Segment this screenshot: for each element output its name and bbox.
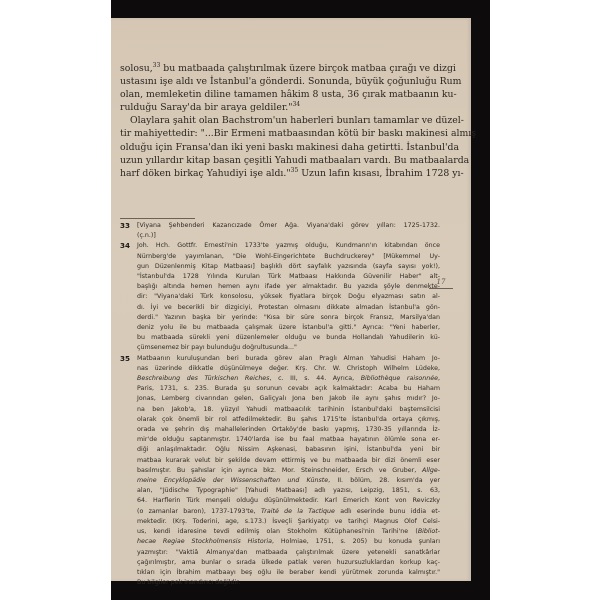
- footnote-line: Paris, 1731, s. 235. Burada şu sorunun c…: [137, 384, 440, 394]
- footnote-line: Matbaanın kuruluşundan beri burada görev…: [137, 354, 440, 364]
- footnote-line: olarak çok önemli bir rol atfedilmektedi…: [137, 415, 440, 425]
- footnote-line: Joh. Hch. Gottfr. Ernesti'nin 1733'te ya…: [137, 241, 440, 251]
- body-text-line: ustasını işe aldı ve İstanbul'a gönderdi…: [120, 75, 438, 88]
- footnote-line: alan, "Jüdische Typographie" [Yahudi Mat…: [137, 486, 440, 496]
- footnote-line: Beschreibung des Türkischen Reiches, c. …: [137, 374, 440, 384]
- footnote-35: 35Matbaanın kuruluşundan beri burada gör…: [120, 354, 440, 589]
- footnote-line: gun Düzenlenmiş Kitap Matbaası] başlıklı…: [137, 262, 440, 272]
- footnote-line: matbaa kurarak velut bir şekilde devam e…: [137, 456, 440, 466]
- footnote-34: 34Joh. Hch. Gottfr. Ernesti'nin 1733'te …: [120, 241, 440, 353]
- body-text-line: Olaylara şahit olan Bachstrom'un haberle…: [120, 114, 438, 127]
- body-text-line: tir mahiyettedir: "...Bir Ermeni matbaas…: [120, 127, 438, 140]
- footnote-line: orada ve şehrin dış mahallelerinden Orta…: [137, 425, 440, 435]
- footnote-line: deniz yolu ile bu matbaada çalışmak üzer…: [137, 323, 440, 333]
- italic-title: Bibliothèque raisonnée: [361, 375, 438, 382]
- footnote-line: derdi." Yazının başka bir yerinde: "Kısa…: [137, 313, 440, 323]
- body-text-line: olduğu için Fransa'dan iki yeni baskı ma…: [120, 141, 438, 154]
- footnote-line: (ç.n.)]: [137, 231, 440, 241]
- footnote-line: Nürnberg'de yayımlanan, "Die Wohl-Einger…: [137, 252, 440, 262]
- page-number: 17: [429, 278, 453, 289]
- footnote-line: yazmıştır: "Vaktiâ Almanya'dan matbaada …: [137, 548, 440, 558]
- footnote-number: 33: [120, 221, 130, 231]
- footnote-number: 34: [120, 241, 130, 251]
- body-text-line: harf döken birkaç Yahudiyi işe aldı."35 …: [120, 167, 438, 180]
- footnote-line: bu matbaada sürekli yeni düzenlemeler ol…: [137, 333, 440, 343]
- footnote-reference: 33: [153, 62, 161, 69]
- footnote-line: us, kendi idaresine tevdi edilmiş olan S…: [137, 527, 440, 537]
- italic-title: Beschreibung des Türkischen Reiches: [137, 375, 269, 382]
- body-text-line: rulduğu Saray'da bir araya geldiler."34: [120, 101, 438, 114]
- footnote-line: "İstanbul'da 1728 Yılında Kurulan Türk M…: [137, 272, 440, 282]
- footnote-line: (o zamanlar baron), 1737-1793'te, Traité…: [137, 507, 440, 517]
- footnote-line: meine Encyklopädie der Wissenschaften un…: [137, 476, 440, 486]
- footnote-line: Jonas, Lemberg civarından gelen, Galiçya…: [137, 394, 440, 404]
- footnote-line: dı. İyi ve becerikli bir dizgiciyi, Prot…: [137, 303, 440, 313]
- footnotes: 33[Viyana Şehbenderi Kazancızade Ömer Ağ…: [120, 221, 440, 588]
- footnote-line: 64. Harflerin Türk menşeli olduğu düşünü…: [137, 496, 440, 506]
- footnote-line: [Viyana Şehbenderi Kazancızade Ömer Ağa.…: [137, 221, 440, 231]
- italic-title: hecae Regiae Stockholmensis Historia: [137, 538, 272, 545]
- footnote-line: mektedir. (Krş. Toderini, age, s.173.) İ…: [137, 517, 440, 527]
- footnote-reference: 34: [292, 101, 300, 108]
- footnote-line: nas üzerinde dikkatle düşünülmeye değer.…: [137, 364, 440, 374]
- footnote-reference: 35: [291, 167, 299, 174]
- footnote-line: tıkları için İbrahim matbaayı beş oğlu i…: [137, 568, 440, 578]
- footnote-line: basılmıştır. Bu şahıslar için ayrıca bkz…: [137, 466, 440, 476]
- italic-title: Bibliot-: [418, 528, 440, 535]
- footnote-line: başlığı altında hemen hemen aynı ifade y…: [137, 282, 440, 292]
- footnote-line: mir'de olduğu saptanmıştır. 1740'larda i…: [137, 435, 440, 445]
- footnote-line: diği anlaşılmaktadır. Oğlu Nissim Aşkena…: [137, 445, 440, 455]
- italic-title: meine Encyklopädie der Wissenschaften un…: [137, 477, 328, 484]
- footnote-line: dir: "Viyana'daki Türk konsolosu, yüksek…: [137, 292, 440, 302]
- footnote-separator-rule: [120, 218, 195, 219]
- italic-title: Traité de la Tactique: [261, 508, 335, 515]
- footnote-line: çağırılmıştır, ama bunlar o sırada ülked…: [137, 558, 440, 568]
- book-page: solosu,33 bu matbaada çalıştırılmak üzer…: [111, 18, 471, 581]
- italic-title: Allge-: [422, 467, 440, 474]
- body-text-line: olan, memleketin diline tamamen hâkim 8 …: [120, 88, 438, 101]
- body-text-line: solosu,33 bu matbaada çalıştırılmak üzer…: [120, 62, 438, 75]
- footnote-line: Bu bilgiler pek inandırıcı değildir.: [137, 578, 440, 588]
- footnote-33: 33[Viyana Şehbenderi Kazancızade Ömer Ağ…: [120, 221, 440, 241]
- footnote-line: hecae Regiae Stockholmensis Historia, Ho…: [137, 537, 440, 547]
- main-body-text: solosu,33 bu matbaada çalıştırılmak üzer…: [120, 62, 438, 180]
- body-text-line: uzun yıllardır kitap basan çeşitli Yahud…: [120, 154, 438, 167]
- footnote-line: çümsenemez bir payı bulunduğu doğrultusu…: [137, 343, 440, 353]
- footnote-number: 35: [120, 354, 130, 364]
- footnote-line: na ben Jakob'a, 18. yüzyıl Yahudi matbaa…: [137, 405, 440, 415]
